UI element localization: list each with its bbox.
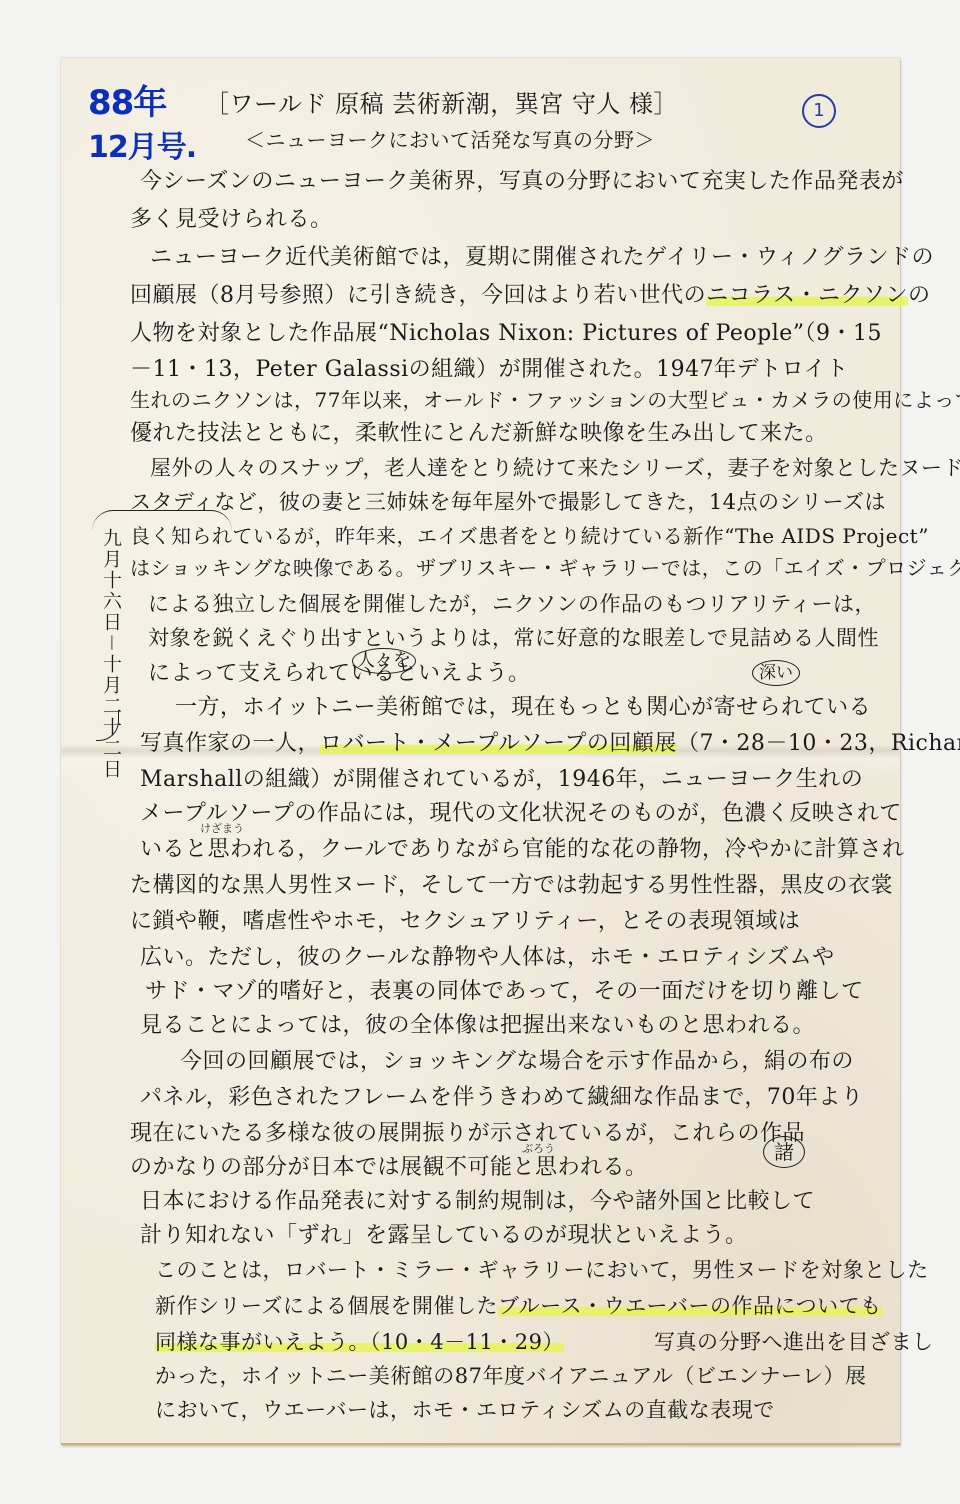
circled-note-fukai: 深い <box>752 660 800 686</box>
text-span: 回顧展（8月号参照）に引き続き，今回はより若い世代の <box>130 283 706 308</box>
text-line: 計り知れない「ずれ」を露呈しているのが現状といえよう。 <box>140 1218 748 1249</box>
annotation-issue: 12月号. <box>88 133 196 163</box>
text-line: 良く知られているが，昨年来，エイズ患者をとり続けている新作“The AIDS P… <box>130 520 929 549</box>
text-line: いると思われる，クールでありながら官能的な花の静物，冷やかに計算され <box>140 832 905 863</box>
highlighted-weber-dates: 同様な事がいえよう。（10・4－11・29） <box>155 1330 564 1354</box>
text-line: 今回の回顧展では，ショッキングな場合を示す作品から，絹の布の <box>180 1044 854 1075</box>
text-line: メープルソープの作品には，現代の文化状況そのものが，色濃く反映されて <box>140 796 902 827</box>
text-line: のかなりの部分が日本では展観不可能と思われる。 <box>130 1150 648 1181</box>
text-line: 優れた技法とともに，柔軟性にとんだ新鮮な映像を生み出して来た。 <box>130 416 828 447</box>
text-line: 多く見受けられる。 <box>130 202 333 233</box>
text-line: 現在にいたる多様な彼の展開振りが示されているが，これらの作品 <box>130 1116 805 1147</box>
text-line: －11・13，Peter Galassiの組織）が開催された。1947年デトロイ… <box>130 352 848 383</box>
circled-note-sho: 諸 <box>763 1136 805 1168</box>
circled-note-hitobito: 人々を <box>352 648 416 674</box>
text-span: （7・28－10・23，Richard <box>677 731 960 756</box>
highlighted-bruce-weber: ブルース・ウエーバーの作品についても <box>498 1294 882 1318</box>
text-span: 新作シリーズによる個展を開催した <box>155 1294 498 1318</box>
text-line: 日本における作品発表に対する制約規制は，今や諸外国と比較して <box>140 1184 815 1215</box>
margin-arrow-curve <box>92 510 232 531</box>
text-span: の <box>908 283 931 308</box>
text-line: 広い。ただし，彼のクールな静物や人体は，ホモ・エロティシズムや <box>140 940 835 971</box>
highlighted-mapplethorpe-retrospective: ロバート・メープルソープの回顧展 <box>320 731 677 756</box>
text-line: に鎖や鞭，嗜虐性やホモ，セクシュアリティー，とその表現領域は <box>130 904 800 935</box>
text-line: 人物を対象とした作品展“Nicholas Nixon: Pictures of … <box>130 316 882 347</box>
text-line: はショッキングな映像である。ザブリスキー・ギャラリーでは，この「エイズ・プロジェ… <box>130 552 960 581</box>
text-line: 一方，ホイットニー美術館では，現在もっとも関心が寄せられている <box>175 690 871 721</box>
manuscript-subtitle: ＜ニューヨークにおいて活発な写真の分野＞ <box>245 124 655 153</box>
highlighted-name-nixon: ニコラス・ニクソン <box>706 283 908 308</box>
annotation-year: 88年 <box>88 86 166 120</box>
text-line: 見ることによっては，彼の全体像は把握出来ないものと思われる。 <box>140 1008 815 1039</box>
text-line: によって支えられているといえよう。 <box>148 656 531 687</box>
text-line: スタディなど，彼の妻と三姉妹を毎年屋外で撮影してきた，14点のシリーズは <box>130 486 886 516</box>
text-span: 写真作家の一人， <box>140 731 320 756</box>
text-line: このことは，ロバート・ミラー・ギャラリーにおいて，男性ヌードを対象とした <box>155 1254 929 1284</box>
text-line: サド・マゾ的嗜好と，表裏の同体であって，その一面だけを切り離して <box>145 974 864 1005</box>
text-line: 対象を鋭くえぐり出すというよりは，常に好意的な眼差しで見詰める人間性 <box>148 622 879 652</box>
text-line: Marshallの組織）が開催されているが，1946年，ニューヨーク生れの <box>140 762 863 793</box>
margin-date-note: 九月十六日－十月二十二日 <box>98 528 125 780</box>
text-line: 回顧展（8月号参照）に引き続き，今回はより若い世代のニコラス・ニクソンの <box>130 278 930 309</box>
text-line: による独立した個展を開催したが，ニクソンの作品のもつリアリティーは， <box>148 588 876 618</box>
text-line: 生れのニクソンは，77年以来，オールド・ファッションの大型ビュ・カメラの使用によ… <box>130 384 960 413</box>
text-line: かった，ホイットニー美術館の87年度バイアニュアル（ビエンナーレ）展 <box>155 1360 867 1390</box>
manuscript-header: ［ワールド 原稿 芸術新潮，巽宮 守人 様］ <box>205 84 678 119</box>
text-line: 屋外の人々のスナップ，老人達をとり続けて来たシリーズ，妻子を対象としたヌード・ <box>150 452 960 482</box>
text-line: 写真作家の一人，ロバート・メープルソープの回顧展（7・28－10・23，Rich… <box>140 726 960 757</box>
text-span: 写真の分野へ進出を目ざまし <box>654 1330 934 1354</box>
text-line: パネル，彩色されたフレームを伴うきわめて繊細な作品まで，70年より <box>140 1080 863 1111</box>
text-line: ニューヨーク近代美術館では，夏期に開催されたゲイリー・ウィノグランドの <box>150 240 934 271</box>
text-line: 同様な事がいえよう。（10・4－11・29）写真の分野へ進出を目ざまし <box>155 1326 934 1356</box>
text-line: において，ウエーバーは，ホモ・エロティシズムの直截な表現で <box>155 1394 775 1424</box>
text-line: 今シーズンのニューヨーク美術界，写真の分野において充実した作品発表が <box>140 164 904 195</box>
text-line: 新作シリーズによる個展を開催したブルース・ウエーバーの作品についても <box>155 1290 882 1320</box>
page-number-circle: 1 <box>802 94 836 128</box>
text-line: た構図的な黒人男性ヌード，そして一方では勃起する男性性器，黒皮の衣裳 <box>130 868 893 899</box>
